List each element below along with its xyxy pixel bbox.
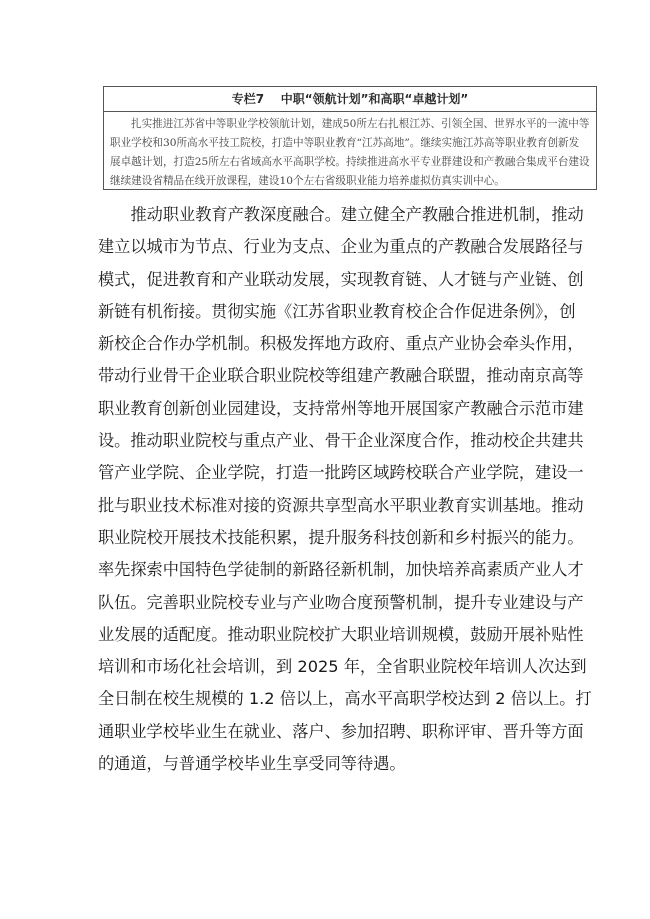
body-line: 职业院校开展技术技能积累，提升服务科技创新和乡村振兴的能力。 xyxy=(98,522,558,554)
body-line: 队伍。完善职业院校专业与产业吻合度预警机制，提升专业建设与产 xyxy=(98,587,558,619)
body-line: 全日制在校生规模的 1.2 倍以上，高水平高职学校达到 2 倍以上。打 xyxy=(98,683,558,715)
body-line: 模式，促进教育和产业联动发展，实现教育链、人才链与产业链、创 xyxy=(98,264,558,296)
body-line: 建立以城市为节点、行业为支点、企业为重点的产教融合发展路径与 xyxy=(98,231,558,263)
sidebar-box-line: 职业学校和30所高水平技工院校，打造中等职业教育“江苏高地”。继续实施江苏高等职… xyxy=(110,134,590,153)
sidebar-box-line: 扎实推进江苏省中等职业学校领航计划，建成50所左右扎根江苏、引领全国、世界水平的… xyxy=(110,115,590,134)
sidebar-box-line: 展卓越计划，打造25所左右省域高水平高职学校。持续推进高水平专业群建设和产教融合… xyxy=(110,153,590,172)
body-line: 职业教育创新创业园建设，支持常州等地开展国家产教融合示范市建 xyxy=(98,393,558,425)
body-line: 新校企合作办学机制。积极发挥地方政府、重点产业协会牵头作用， xyxy=(98,328,558,360)
sidebar-box-title: 专栏7 中职“领航计划”和高职“卓越计划” xyxy=(104,87,596,112)
body-line: 培训和市场化社会培训，到 2025 年，全省职业院校年培训人次达到 xyxy=(98,651,558,683)
body-paragraph: 推动职业教育产教深度融合。建立健全产教融合推进机制，推动 建立以城市为节点、行业… xyxy=(98,199,558,780)
sidebar-box-column-7: 专栏7 中职“领航计划”和高职“卓越计划” 扎实推进江苏省中等职业学校领航计划，… xyxy=(103,86,597,190)
body-line: 的通道，与普通学校毕业生享受同等待遇。 xyxy=(98,748,558,780)
body-line: 管产业学院、企业学院，打造一批跨区域跨校联合产业学院，建设一 xyxy=(98,457,558,489)
body-line: 推动职业教育产教深度融合。建立健全产教融合推进机制，推动 xyxy=(98,199,558,231)
sidebar-box-body: 扎实推进江苏省中等职业学校领航计划，建成50所左右扎根江苏、引领全国、世界水平的… xyxy=(104,112,596,191)
body-line: 带动行业骨干企业联合职业院校等组建产教融合联盟，推动南京高等 xyxy=(98,360,558,392)
body-line: 率先探索中国特色学徒制的新路径新机制，加快培养高素质产业人才 xyxy=(98,554,558,586)
body-line: 业发展的适配度。推动职业院校扩大职业培训规模，鼓励开展补贴性 xyxy=(98,619,558,651)
body-line: 新链有机衔接。贯彻实施《江苏省职业教育校企合作促进条例》，创 xyxy=(98,296,558,328)
sidebar-box-line: 继续建设省精品在线开放课程，建设10个左右省级职业能力培养虚拟仿真实训中心。 xyxy=(110,172,590,191)
body-line: 通职业学校毕业生在就业、落户、参加招聘、职称评审、晋升等方面 xyxy=(98,716,558,748)
body-line: 设。推动职业院校与重点产业、骨干企业深度合作，推动校企共建共 xyxy=(98,425,558,457)
body-line: 批与职业技术标准对接的资源共享型高水平职业教育实训基地。推动 xyxy=(98,490,558,522)
